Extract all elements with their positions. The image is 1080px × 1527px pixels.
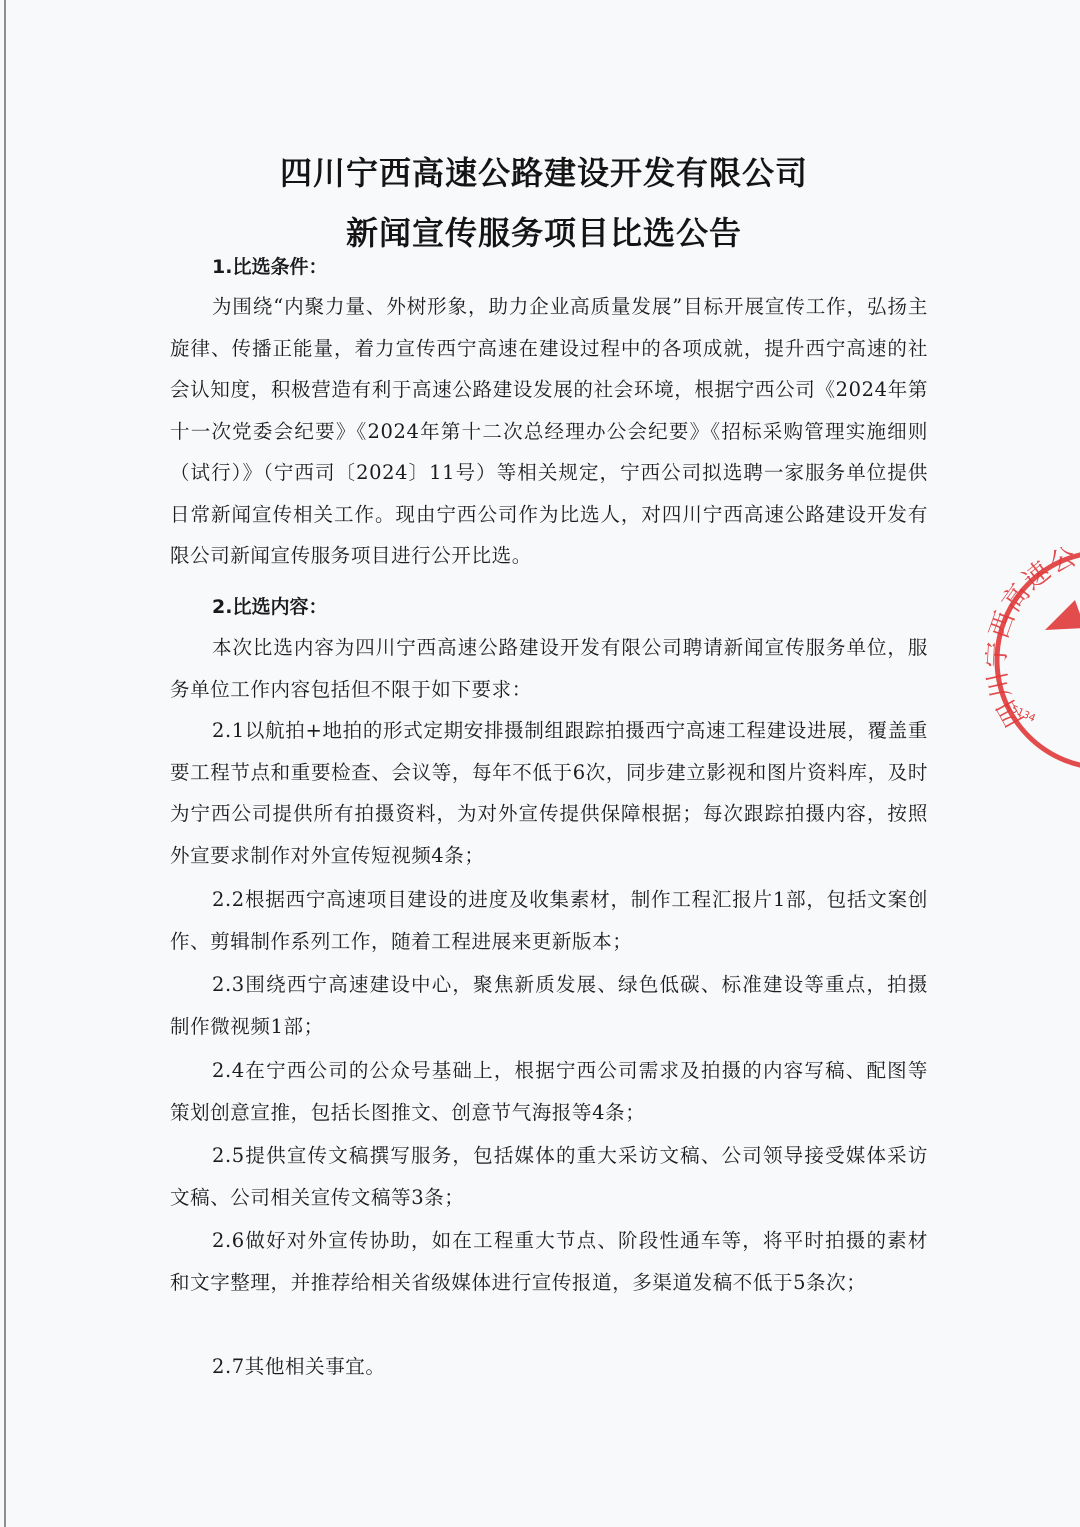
seal-text: 四川宁西高速公路 bbox=[985, 540, 1080, 732]
item-2-6: 2.6做好对外宣传协助，如在工程重大节点、阶段性通车等，将平时拍摄的素材和文字整… bbox=[170, 1220, 928, 1303]
document-title-line2: 新闻宣传服务项目比选公告 bbox=[4, 208, 1080, 254]
document-title-line1: 四川宁西高速公路建设开发有限公司 bbox=[4, 148, 1080, 194]
item-2-1: 2.1以航拍+地拍的形式定期安排摄制组跟踪拍摄西宁高速工程建设进展，覆盖重要工程… bbox=[170, 710, 928, 876]
section-1-paragraph: 为围绕“内聚力量、外树形象，助力企业高质量发展”目标开展宣传工作，弘扬主旋律、传… bbox=[170, 286, 928, 577]
item-2-3: 2.3围绕西宁高速建设中心，聚焦新质发展、绿色低碳、标准建设等重点，拍摄制作微视… bbox=[170, 964, 928, 1047]
item-2-2: 2.2根据西宁高速项目建设的进度及收集素材，制作工程汇报片1部，包括文案创作、剪… bbox=[170, 879, 928, 962]
section-heading-1: 1.比选条件： bbox=[212, 252, 327, 279]
item-2-7: 2.7其他相关事宜。 bbox=[170, 1346, 928, 1388]
company-seal-icon: 四川宁西高速公路 5134 bbox=[985, 540, 1080, 780]
svg-text:四川宁西高速公路: 四川宁西高速公路 bbox=[985, 540, 1080, 732]
item-2-5: 2.5提供宣传文稿撰写服务，包括媒体的重大采访文稿、公司领导接受媒体采访文稿、公… bbox=[170, 1135, 928, 1218]
item-2-4: 2.4在宁西公司的公众号基础上，根据宁西公司需求及拍摄的内容写稿、配图等策划创意… bbox=[170, 1050, 928, 1133]
section-heading-2: 2.比选内容： bbox=[212, 592, 327, 619]
section-2-intro: 本次比选内容为四川宁西高速公路建设开发有限公司聘请新闻宣传服务单位，服务单位工作… bbox=[170, 627, 928, 710]
